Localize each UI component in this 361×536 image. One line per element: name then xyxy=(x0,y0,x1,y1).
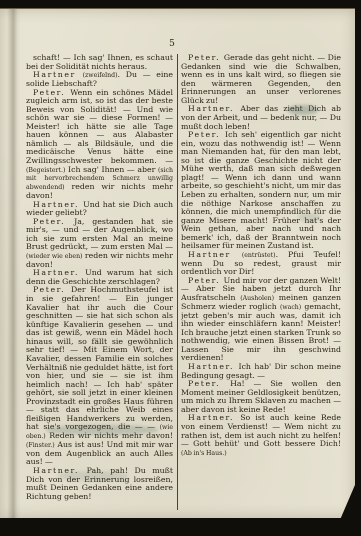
text-column-left: schaft! — Ich sag' Ihnen, es schaut bei … xyxy=(26,54,173,510)
dialogue-paragraph: Peter. Ja, gestanden hat sie mir's, — un… xyxy=(26,218,173,270)
stage-direction: (entrüstet) xyxy=(242,252,276,259)
dialogue-paragraph: Peter. Ha! — Sie wollen den Moment meine… xyxy=(181,380,341,414)
dialogue-paragraph: Hartner. Und hat sie Dich auch wieder ge… xyxy=(26,201,173,218)
stage-direction: (Ausholen) xyxy=(240,295,274,302)
speaker-name: Hartner xyxy=(188,250,232,259)
column-divider-rule xyxy=(177,54,178,510)
dialogue-paragraph: Peter. Ich seh' eigentlich gar nicht ein… xyxy=(181,131,341,251)
dialogue-paragraph: Peter. Und mir vor der ganzen Welt! — Ab… xyxy=(181,277,341,363)
stage-direction: (wie oben.) xyxy=(26,424,173,440)
dialogue-paragraph: Hartner (zweifelnd). Du — eine solide Li… xyxy=(26,71,173,88)
speaker-name: Peter. xyxy=(188,276,221,285)
stage-direction: (Ab in's Haus.) xyxy=(181,450,227,457)
dialogue-paragraph: Hartner (entrüstet). Pfui Teufel! wenn D… xyxy=(181,251,341,277)
speaker-name: Hartner. xyxy=(188,104,235,113)
speaker-name: Peter. xyxy=(188,130,221,139)
dialogue-paragraph: Peter. Wenn ein schönes Mädel zugleich a… xyxy=(26,89,173,201)
stage-direction: (wieder wie eben) xyxy=(26,253,82,260)
stage-direction: (zweifelnd) xyxy=(83,72,118,79)
binding-gutter-shadow xyxy=(7,9,21,518)
dialogue-paragraph: Hartner. Und warum hat sich denn die Ges… xyxy=(26,269,173,286)
dialogue-paragraph: Hartner. So ist auch keine Rede von eine… xyxy=(181,414,341,457)
speaker-name: Peter. xyxy=(33,88,66,97)
speaker-name: Peter. xyxy=(33,285,66,294)
dialogue-paragraph: Hartner. Ich hab' Dir schon meine Beding… xyxy=(181,363,341,380)
speaker-name: Hartner xyxy=(33,70,77,79)
speaker-name: Hartner. xyxy=(33,200,80,209)
stage-direction: (wach) xyxy=(280,304,301,311)
page-number: 5 xyxy=(0,39,345,49)
dialogue-paragraph: Hartner. Pah, pah! Du mußt Dich von der … xyxy=(26,467,173,501)
speaker-name: Peter. xyxy=(188,54,221,62)
speaker-name: Hartner. xyxy=(188,362,235,371)
speaker-name: Hartner. xyxy=(188,413,235,422)
dialogue-paragraph: Peter. Der Hochmuthsteufel ist in sie ge… xyxy=(26,286,173,467)
text-column-right: Peter. Gerade das geht nicht. — Die Geda… xyxy=(181,54,341,510)
stage-direction: (Finster.) xyxy=(26,442,55,449)
dialogue-paragraph: schaft! — Ich sag' Ihnen, es schaut bei … xyxy=(26,54,173,71)
speaker-name: Peter. xyxy=(188,379,221,388)
dialogue-paragraph: Hartner. Aber das zieht Dich ab von der … xyxy=(181,105,341,131)
speaker-name: Peter. xyxy=(33,217,66,226)
speaker-name: Hartner. xyxy=(33,466,80,475)
dialogue-paragraph: Peter. Gerade das geht nicht. — Die Geda… xyxy=(181,54,341,105)
speaker-name: Hartner. xyxy=(33,268,80,277)
stage-direction: (Begeistert.) xyxy=(26,167,65,174)
text-columns: schaft! — Ich sag' Ihnen, es schaut bei … xyxy=(26,54,341,510)
book-page: 5 schaft! — Ich sag' Ihnen, es schaut be… xyxy=(0,8,355,518)
